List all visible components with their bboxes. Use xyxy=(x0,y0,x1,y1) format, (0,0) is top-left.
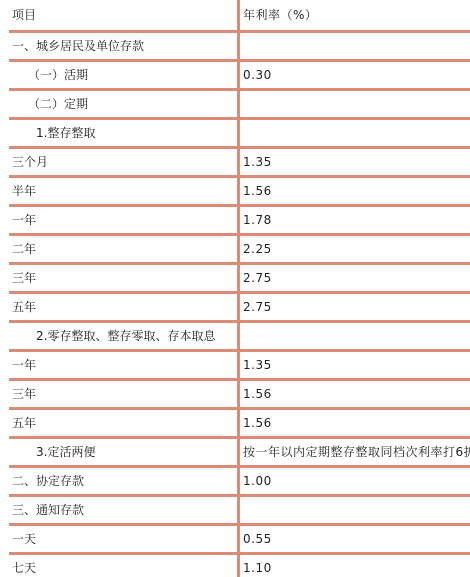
row-rate: 0.55 xyxy=(243,525,272,554)
row-item: （一）活期 xyxy=(28,61,88,90)
table-row: 三年2.75 xyxy=(0,262,470,291)
table-row: 一年1.35 xyxy=(0,349,470,378)
row-rate: 2.75 xyxy=(243,293,272,322)
table-row: 一年1.78 xyxy=(0,204,470,233)
table-row: 2.零存整取、整存零取、存本取息 xyxy=(0,320,470,349)
row-item: 三年 xyxy=(12,380,36,409)
row-item: 1.整存整取 xyxy=(36,119,95,148)
table-row: 半年1.56 xyxy=(0,175,470,204)
row-rate: 2.75 xyxy=(243,264,272,293)
row-rate: 1.35 xyxy=(243,148,272,177)
table-header-row: 项目 年利率（%） xyxy=(0,1,470,30)
row-item: 二、协定存款 xyxy=(12,467,84,496)
table-row: 七天1.10 xyxy=(0,552,470,577)
row-item: 三、通知存款 xyxy=(12,496,84,525)
table-row: 3.定活两便按一年以内定期整存整取同档次利率打6折 xyxy=(0,436,470,465)
row-rate: 按一年以内定期整存整取同档次利率打6折 xyxy=(243,438,470,467)
row-rate: 1.56 xyxy=(243,380,272,409)
row-rate: 1.10 xyxy=(243,554,272,577)
table-row: 三个月1.35 xyxy=(0,146,470,175)
table-row: 三、通知存款 xyxy=(0,494,470,523)
row-rate: 1.78 xyxy=(243,206,272,235)
table-row: 五年2.75 xyxy=(0,291,470,320)
row-item: 半年 xyxy=(12,177,36,206)
table-row: 1.整存整取 xyxy=(0,117,470,146)
header-rate: 年利率（%） xyxy=(243,1,317,30)
row-rate: 0.30 xyxy=(243,61,272,90)
row-item: 一天 xyxy=(12,525,36,554)
row-item: 一年 xyxy=(12,206,36,235)
row-item: 三年 xyxy=(12,264,36,293)
table-row: 一天0.55 xyxy=(0,523,470,552)
row-rate: 2.25 xyxy=(243,235,272,264)
row-item: 五年 xyxy=(12,409,36,438)
table-row: （一）活期0.30 xyxy=(0,59,470,88)
table-row: 三年1.56 xyxy=(0,378,470,407)
row-item: 七天 xyxy=(12,554,36,577)
row-item: 五年 xyxy=(12,293,36,322)
row-item: 一、城乡居民及单位存款 xyxy=(12,32,144,61)
row-item: 2.零存整取、整存零取、存本取息 xyxy=(36,322,215,351)
header-item: 项目 xyxy=(12,1,36,30)
table-row: （二）定期 xyxy=(0,88,470,117)
row-item: 一年 xyxy=(12,351,36,380)
row-rate: 1.56 xyxy=(243,409,272,438)
row-rate: 1.00 xyxy=(243,467,272,496)
row-item: 3.定活两便 xyxy=(36,438,95,467)
row-rate: 1.35 xyxy=(243,351,272,380)
table-row: 二年2.25 xyxy=(0,233,470,262)
table-row: 五年1.56 xyxy=(0,407,470,436)
row-item: （二）定期 xyxy=(28,90,88,119)
row-item: 三个月 xyxy=(12,148,48,177)
row-item: 二年 xyxy=(12,235,36,264)
row-rate: 1.56 xyxy=(243,177,272,206)
table-row: 一、城乡居民及单位存款 xyxy=(0,30,470,59)
column-divider xyxy=(237,0,240,577)
table-row: 二、协定存款1.00 xyxy=(0,465,470,494)
